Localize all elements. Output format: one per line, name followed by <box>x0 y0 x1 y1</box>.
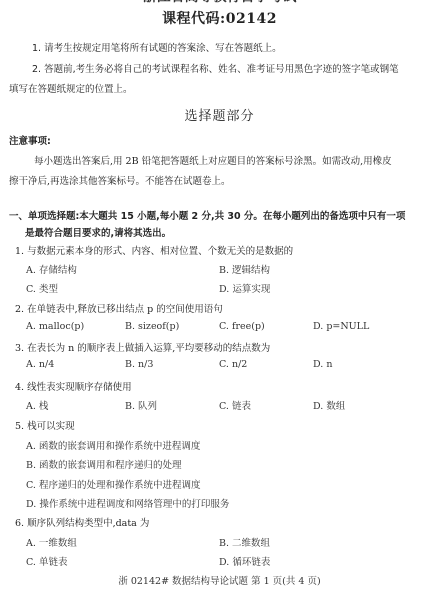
question-5-option-a: A. 函数的嵌套调用和操作系统中进程调度 <box>26 438 200 452</box>
part-one-heading: 一、单项选择题:本大题共 15 小题,每小题 2 分,共 30 分。在每小题列出… <box>9 208 405 222</box>
question-5-option-d: D. 操作系统中进程调度和网络管理中的打印服务 <box>26 496 229 510</box>
question-2-stem: 2. 在单链表中,释放已移出结点 p 的空间使用语句 <box>15 301 223 315</box>
instruction-2: 2. 答题前,考生务必将自己的考试课程名称、姓名、准考证号用黑色字迹的签字笔或钢… <box>32 61 399 75</box>
question-3-option-b: B. n/3 <box>125 359 153 370</box>
question-4-option-c: C. 链表 <box>219 398 251 412</box>
question-2-option-c: C. free(p) <box>219 321 265 332</box>
instruction-2-cont: 填写在答题纸规定的位置上。 <box>9 81 133 95</box>
question-2-option-a: A. malloc(p) <box>26 321 84 332</box>
question-4-option-b: B. 队列 <box>125 398 157 412</box>
page-footer: 浙 02142# 数据结构导论试题 第 1 页(共 4 页) <box>0 573 439 587</box>
section-title: 选择题部分 <box>0 105 439 124</box>
question-3-option-a: A. n/4 <box>26 359 54 370</box>
question-5-option-c: C. 程序递归的处理和操作系统中进程调度 <box>26 477 200 491</box>
question-1-stem: 1. 与数据元素本身的形式、内容、相对位置、个数无关的是数据的 <box>15 243 293 257</box>
question-1-option-d: D. 运算实现 <box>219 281 270 295</box>
question-4-option-a: A. 栈 <box>26 398 48 412</box>
question-6-option-d: D. 循环链表 <box>219 554 270 568</box>
question-6-stem: 6. 顺序队列结构类型中,data 为 <box>15 515 149 529</box>
question-3-option-c: C. n/2 <box>219 359 247 370</box>
notice-line-1: 每小题选出答案后,用 2B 铅笔把答题纸上对应题目的答案标号涂黑。如需改动,用橡… <box>34 153 392 167</box>
part-one-heading-cont: 是最符合题目要求的,请将其选出。 <box>25 225 171 239</box>
question-6-option-a: A. 一维数组 <box>26 535 77 549</box>
question-4-option-d: D. 数组 <box>313 398 345 412</box>
exam-title-clipped: 浙江省高等教育自学考试 <box>0 0 439 4</box>
question-6-option-c: C. 单链表 <box>26 554 67 568</box>
question-4-stem: 4. 线性表实现顺序存储使用 <box>15 379 132 393</box>
course-code: 课程代码:02142 <box>0 8 439 28</box>
instruction-1: 1. 请考生按规定用笔将所有试题的答案涂、写在答题纸上。 <box>32 40 282 54</box>
question-3-option-d: D. n <box>313 359 332 370</box>
question-6-option-b: B. 二维数组 <box>219 535 270 549</box>
question-1-option-c: C. 类型 <box>26 281 58 295</box>
notice-line-2: 擦干净后,再选涂其他答案标号。不能答在试题卷上。 <box>9 173 231 187</box>
question-5-option-b: B. 函数的嵌套调用和程序递归的处理 <box>26 457 182 471</box>
question-1-option-a: A. 存储结构 <box>26 262 77 276</box>
notice-label: 注意事项: <box>9 133 51 147</box>
question-2-option-b: B. sizeof(p) <box>125 321 179 332</box>
question-3-stem: 3. 在表长为 n 的顺序表上做插入运算,平均要移动的结点数为 <box>15 340 270 354</box>
question-2-option-d: D. p=NULL <box>313 321 369 332</box>
question-1-option-b: B. 逻辑结构 <box>219 262 270 276</box>
question-5-stem: 5. 栈可以实现 <box>15 418 75 432</box>
